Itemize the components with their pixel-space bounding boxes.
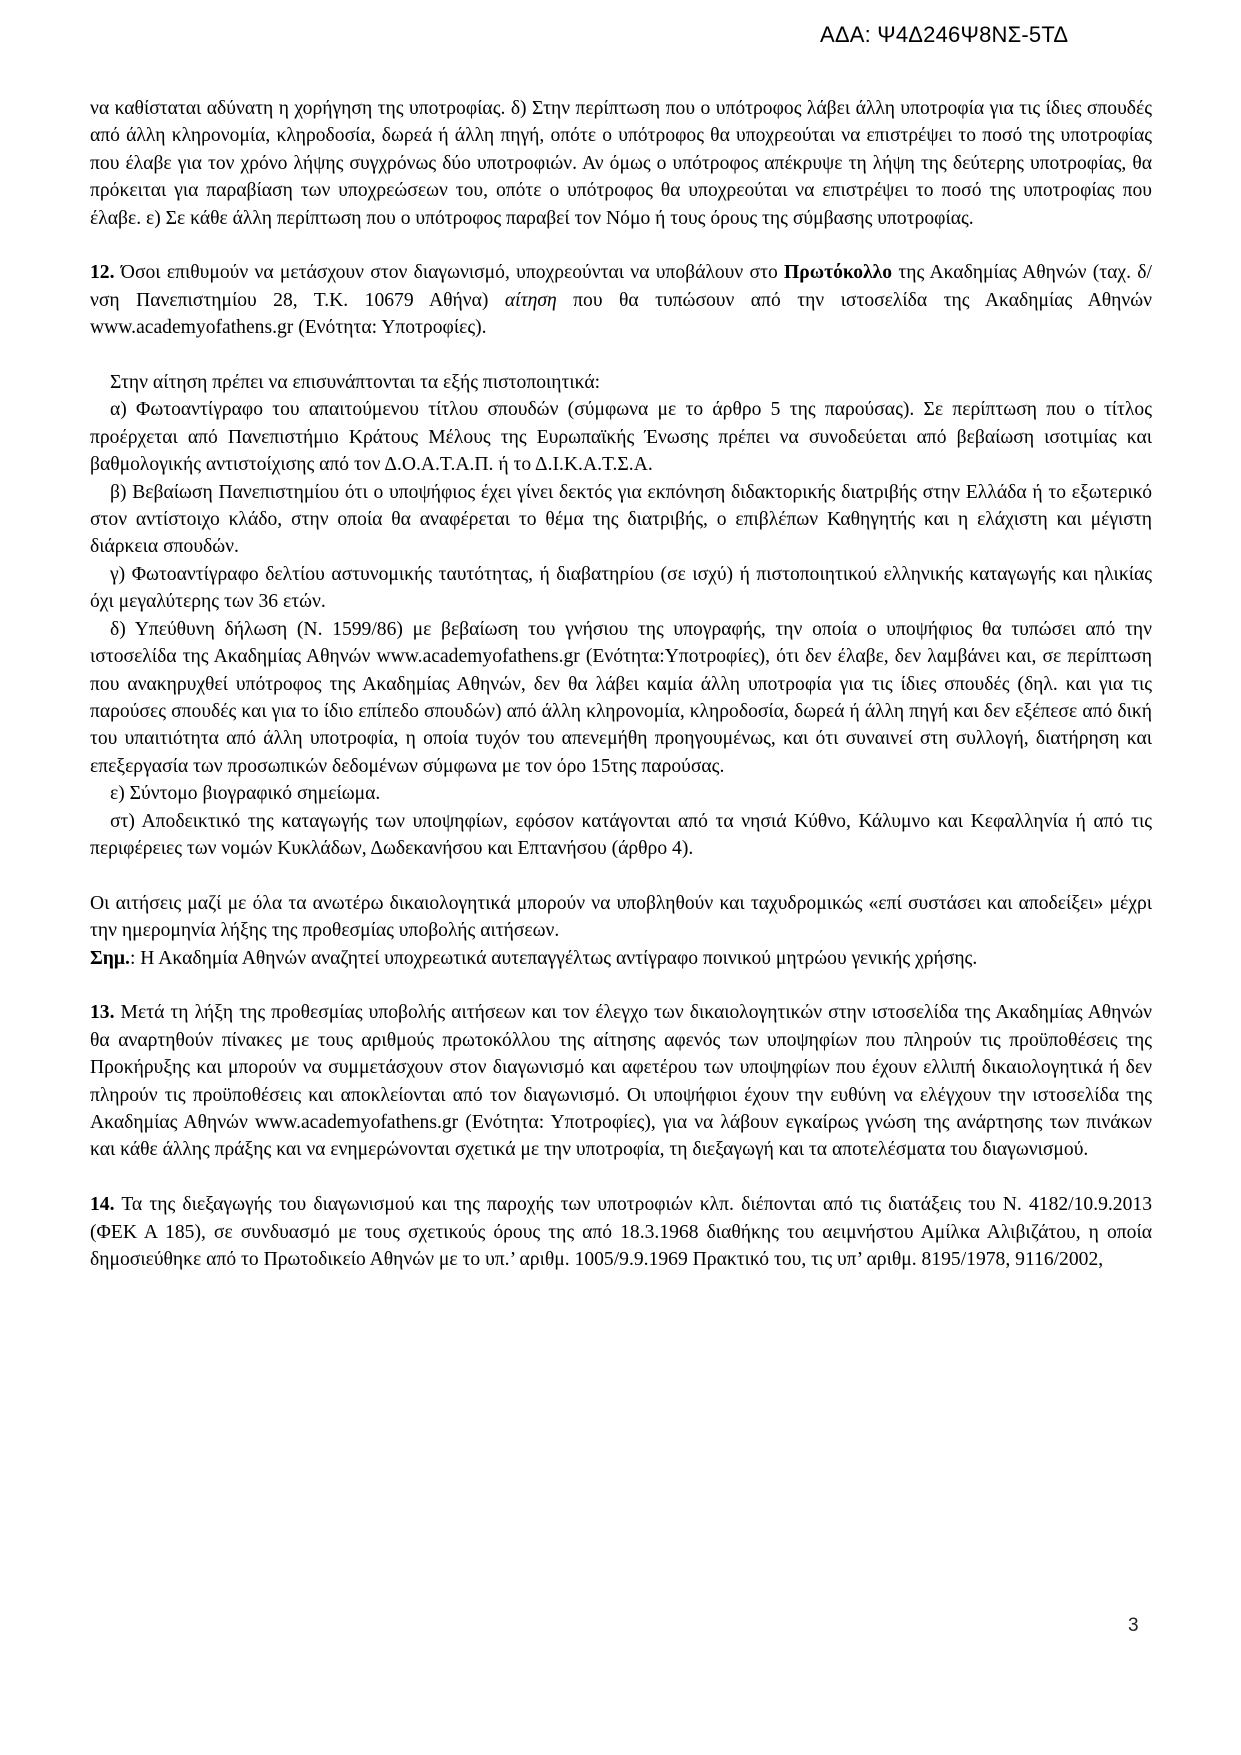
section-text: Όσοι επιθυμούν να μετάσχουν στον διαγωνι… bbox=[115, 262, 785, 283]
spacer bbox=[90, 1164, 1152, 1191]
spacer bbox=[90, 972, 1152, 999]
spacer bbox=[90, 342, 1152, 369]
attachments-intro: Στην αίτηση πρέπει να επισυνάπτονται τα … bbox=[90, 369, 1152, 396]
document-body: να καθίσταται αδύνατη η χορήγηση της υπο… bbox=[90, 95, 1152, 1273]
section-12: 12. Όσοι επιθυμούν να μετάσχουν στον δια… bbox=[90, 259, 1152, 341]
section-text: Μετά τη λήξη της προθεσμίας υποβολής αιτ… bbox=[90, 1002, 1152, 1160]
continued-paragraph: να καθίσταται αδύνατη η χορήγηση της υπο… bbox=[90, 95, 1152, 232]
section-number: 12. bbox=[90, 262, 115, 283]
section-text: Τα της διεξαγωγής του διαγωνισμού και τη… bbox=[90, 1194, 1152, 1270]
section-number: 14. bbox=[90, 1194, 115, 1215]
list-item: γ) Φωτοαντίγραφο δελτίου αστυνομικής ταυ… bbox=[90, 561, 1152, 616]
section-13: 13. Μετά τη λήξη της προθεσμίας υποβολής… bbox=[90, 999, 1152, 1163]
page-number: 3 bbox=[1128, 1615, 1139, 1637]
spacer bbox=[90, 862, 1152, 889]
bold-term: Πρωτόκολλο bbox=[784, 262, 892, 283]
ada-code: ΑΔΑ: Ψ4Δ246Ψ8ΝΣ-5ΤΔ bbox=[820, 22, 1068, 48]
note-text: : Η Ακαδημία Αθηνών αναζητεί υποχρεωτικά… bbox=[130, 948, 977, 969]
section-number: 13. bbox=[90, 1002, 115, 1023]
spacer bbox=[90, 232, 1152, 259]
note-label: Σημ. bbox=[90, 948, 130, 969]
list-item: δ) Υπεύθυνη δήλωση (Ν. 1599/86) με βεβαί… bbox=[90, 616, 1152, 780]
list-item: α) Φωτοαντίγραφο του απαιτούμενου τίτλου… bbox=[90, 396, 1152, 478]
section-14: 14. Τα της διεξαγωγής του διαγωνισμού κα… bbox=[90, 1191, 1152, 1273]
italic-term: αίτηση bbox=[505, 290, 557, 311]
postal-submission: Οι αιτήσεις μαζί με όλα τα ανωτέρω δικαι… bbox=[90, 890, 1152, 945]
list-item: στ) Αποδεικτικό της καταγωγής των υποψηφ… bbox=[90, 808, 1152, 863]
note: Σημ.: Η Ακαδημία Αθηνών αναζητεί υποχρεω… bbox=[90, 945, 1152, 972]
list-item: ε) Σύντομο βιογραφικό σημείωμα. bbox=[90, 780, 1152, 807]
list-item: β) Βεβαίωση Πανεπιστημίου ότι ο υποψήφιο… bbox=[90, 479, 1152, 561]
